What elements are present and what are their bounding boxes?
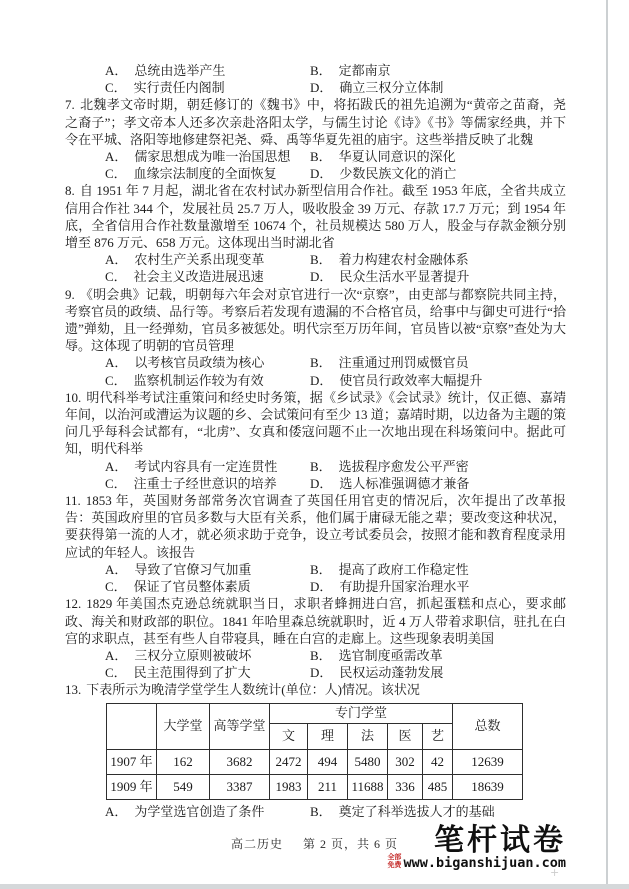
cell-law: 5480 bbox=[348, 749, 388, 774]
footer-course-label: 高二历史 bbox=[231, 837, 283, 851]
subheader-law: 法 bbox=[348, 723, 388, 749]
cell-arts: 485 bbox=[423, 774, 453, 799]
option-q10-b: B． 选拔程序愈发公平严密 bbox=[310, 458, 566, 475]
option-letter: B． bbox=[310, 458, 332, 475]
option-text: 使官员行政效率大幅提升 bbox=[339, 372, 482, 389]
question-10-options-cd: C． 注重士子经世意识的培养 D． 选人标准强调德才兼备 bbox=[65, 475, 566, 492]
option-letter: C． bbox=[105, 578, 127, 595]
option-letter: D． bbox=[310, 578, 332, 595]
option-q8-a: A． 农村生产关系出现变革 bbox=[105, 251, 310, 268]
option-text: 考试内容具有一定连贯性 bbox=[134, 458, 277, 475]
question-11-text: 11.1853 年，英国财务部常务次官调查了英国任用官吏的情况后，次年提出了改革… bbox=[65, 492, 566, 561]
cell-liberal-arts: 2472 bbox=[270, 749, 308, 774]
cell-arts: 42 bbox=[423, 749, 453, 774]
option-text: 三权分立原则被破坏 bbox=[134, 647, 251, 664]
question-12-options-ab: A． 三权分立原则被破坏 B． 选官制度亟需改革 bbox=[65, 647, 566, 664]
option-letter: D． bbox=[310, 79, 332, 96]
table-row-1907: 1907 年 162 3682 2472 494 5480 302 42 126… bbox=[107, 749, 523, 774]
question-8-options-ab: A． 农村生产关系出现变革 B． 着力构建农村金融体系 bbox=[65, 251, 566, 268]
option-text: 实行责任内阁制 bbox=[134, 79, 225, 96]
option-letter: D． bbox=[310, 268, 332, 285]
option-letter: C． bbox=[105, 268, 127, 285]
option-q13-a: A． 为学堂选官创造了条件 bbox=[105, 803, 310, 820]
option-text: 以考核官员政绩为核心 bbox=[134, 354, 264, 371]
option-q10-d: D． 选人标准强调德才兼备 bbox=[310, 475, 566, 492]
question-10-options-ab: A． 考试内容具有一定连贯性 B． 选拔程序愈发公平严密 bbox=[65, 458, 566, 475]
option-text: 血缘宗法制度的全面恢复 bbox=[134, 165, 277, 182]
cell-science: 494 bbox=[308, 749, 348, 774]
option-letter: A． bbox=[105, 647, 127, 664]
question-11-options-cd: C． 保证了官员整体素质 D． 有助提升国家治理水平 bbox=[65, 578, 566, 595]
option-q8-c: C． 社会主义改造进展迅速 bbox=[105, 268, 310, 285]
question-8-options-cd: C． 社会主义改造进展迅速 D． 民众生活水平显著提升 bbox=[65, 268, 566, 285]
option-text: 儒家思想成为唯一治国思想 bbox=[134, 148, 290, 165]
cell-university: 549 bbox=[157, 774, 210, 799]
question-number: 11. bbox=[65, 493, 81, 508]
option-text: 选拔程序愈发公平严密 bbox=[339, 458, 469, 475]
option-q12-b: B． 选官制度亟需改革 bbox=[310, 647, 566, 664]
option-text: 确立三权分立体制 bbox=[339, 79, 443, 96]
question-7-options-ab: A． 儒家思想成为唯一治国思想 B． 华夏认同意识的深化 bbox=[65, 148, 566, 165]
option-q9-b: B． 注重通过刑罚威慑官员 bbox=[310, 354, 566, 371]
question-body: 北魏孝文帝时期，朝廷修订的《魏书》中，将拓跋氏的祖先追溯为“黄帝之苗裔，尧之裔子… bbox=[65, 97, 566, 146]
footer-page-number: 第 2 页，共 6 页 bbox=[303, 837, 398, 851]
option-q8-d: D． 民众生活水平显著提升 bbox=[310, 268, 566, 285]
question-9-options-cd: C． 监察机制运作较为有效 D． 使官员行政效率大幅提升 bbox=[65, 372, 566, 389]
header-specialized-schools-group: 专门学堂 bbox=[270, 703, 453, 723]
option-q8-b: B． 着力构建农村金融体系 bbox=[310, 251, 566, 268]
option-text: 保证了官员整体素质 bbox=[134, 578, 251, 595]
subheader-liberal-arts: 文 bbox=[270, 723, 308, 749]
option-letter: A． bbox=[105, 251, 127, 268]
option-letter: B． bbox=[310, 647, 332, 664]
header-university-hall: 大学堂 bbox=[157, 703, 210, 749]
subheader-medicine: 医 bbox=[388, 723, 423, 749]
option-q7-d: D． 少数民族文化的消亡 bbox=[310, 165, 566, 182]
option-text: 选人标准强调德才兼备 bbox=[339, 475, 469, 492]
option-text: 提高了政府工作稳定性 bbox=[339, 561, 469, 578]
question-number: 8. bbox=[65, 183, 75, 198]
option-text: 定都南京 bbox=[339, 62, 391, 79]
option-letter: C． bbox=[105, 372, 127, 389]
option-letter: A． bbox=[105, 803, 127, 820]
cell-medicine: 302 bbox=[388, 749, 423, 774]
option-q10-c: C． 注重士子经世意识的培养 bbox=[105, 475, 310, 492]
option-text: 民权运动蓬勃发展 bbox=[339, 664, 443, 681]
scan-corner-mark: + bbox=[550, 866, 559, 879]
option-letter: A． bbox=[105, 458, 127, 475]
option-letter: B． bbox=[310, 148, 332, 165]
option-text: 有助提升国家治理水平 bbox=[339, 578, 469, 595]
question-7-options-cd: C． 血缘宗法制度的全面恢复 D． 少数民族文化的消亡 bbox=[65, 165, 566, 182]
option-q7-b: B． 华夏认同意识的深化 bbox=[310, 148, 566, 165]
option-letter: B． bbox=[310, 561, 332, 578]
question-body: 《明会典》记载，明朝每六年会对京官进行一次“京察”，由吏部与都察院共同主持，考察… bbox=[65, 287, 566, 354]
cell-year: 1907 年 bbox=[107, 749, 157, 774]
question-13-options-ab: A． 为学堂选官创造了条件 B． 奠定了科举选拔人才的基础 bbox=[65, 803, 566, 820]
question-13-text: 13.下表所示为晚清学堂学生人数统计(单位：人)情况。该状况 bbox=[65, 681, 566, 698]
option-q12-d: D． 民权运动蓬勃发展 bbox=[310, 664, 566, 681]
question-11-options-ab: A． 导致了官僚习气加重 B． 提高了政府工作稳定性 bbox=[65, 561, 566, 578]
option-text: 奠定了科举选拔人才的基础 bbox=[339, 803, 495, 820]
option-q13-b: B． 奠定了科举选拔人才的基础 bbox=[310, 803, 566, 820]
option-q11-b: B． 提高了政府工作稳定性 bbox=[310, 561, 566, 578]
question-body: 1853 年，英国财务部常务次官调查了英国任用官吏的情况后，次年提出了改革报告：… bbox=[65, 493, 566, 560]
option-letter: A． bbox=[105, 148, 127, 165]
cell-total: 12639 bbox=[453, 749, 523, 774]
question-number: 10. bbox=[65, 390, 81, 405]
option-letter: A． bbox=[105, 354, 127, 371]
option-q11-c: C． 保证了官员整体素质 bbox=[105, 578, 310, 595]
cell-higher: 3682 bbox=[210, 749, 270, 774]
cell-science: 211 bbox=[308, 774, 348, 799]
cell-higher: 3387 bbox=[210, 774, 270, 799]
option-letter: C． bbox=[105, 79, 127, 96]
question-body: 明代科举考试注重策问和经史时务策，据《乡试录》《会试录》统计，仅正德、嘉靖年间，… bbox=[65, 390, 566, 457]
option-letter: D． bbox=[310, 664, 332, 681]
option-q6-d: D． 确立三权分立体制 bbox=[310, 79, 566, 96]
cell-law: 11688 bbox=[348, 774, 388, 799]
option-text: 导致了官僚习气加重 bbox=[134, 561, 251, 578]
question-6-options-ab: A． 总统由选举产生 B． 定都南京 bbox=[65, 62, 566, 79]
option-letter: D． bbox=[310, 372, 332, 389]
question-number: 9. bbox=[65, 287, 75, 302]
cell-university: 162 bbox=[157, 749, 210, 774]
cell-liberal-arts: 1983 bbox=[270, 774, 308, 799]
question-12-options-cd: C． 民主范围得到了扩大 D． 民权运动蓬勃发展 bbox=[65, 664, 566, 681]
option-letter: D． bbox=[310, 165, 332, 182]
question-number: 12. bbox=[65, 596, 81, 611]
header-total: 总数 bbox=[453, 703, 523, 749]
cell-medicine: 336 bbox=[388, 774, 423, 799]
option-text: 农村生产关系出现变革 bbox=[134, 251, 264, 268]
option-text: 社会主义改造进展迅速 bbox=[134, 268, 264, 285]
option-q11-a: A． 导致了官僚习气加重 bbox=[105, 561, 310, 578]
subheader-arts: 艺 bbox=[423, 723, 453, 749]
option-letter: C． bbox=[105, 664, 127, 681]
option-text: 选官制度亟需改革 bbox=[339, 647, 443, 664]
option-letter: C． bbox=[105, 165, 127, 182]
option-letter: C． bbox=[105, 475, 127, 492]
question-9-options-ab: A． 以考核官员政绩为核心 B． 注重通过刑罚威慑官员 bbox=[65, 354, 566, 371]
option-q7-c: C． 血缘宗法制度的全面恢复 bbox=[105, 165, 310, 182]
student-statistics-table: 大学堂 高等学堂 专门学堂 总数 文 理 法 医 艺 1907 年 162 36… bbox=[106, 703, 523, 800]
brand-url-row: 全部免费 www.biganshijuan.com bbox=[386, 854, 566, 871]
subheader-science: 理 bbox=[308, 723, 348, 749]
table-corner-cell bbox=[107, 703, 157, 749]
option-q9-a: A． 以考核官员政绩为核心 bbox=[105, 354, 310, 371]
page-bottom-edge bbox=[0, 884, 629, 889]
option-text: 华夏认同意识的深化 bbox=[339, 148, 456, 165]
option-text: 总统由选举产生 bbox=[134, 62, 225, 79]
option-q12-a: A． 三权分立原则被破坏 bbox=[105, 647, 310, 664]
question-body: 下表所示为晚清学堂学生人数统计(单位：人)情况。该状况 bbox=[86, 682, 420, 697]
option-q6-c: C． 实行责任内阁制 bbox=[105, 79, 310, 96]
option-letter: B． bbox=[310, 251, 332, 268]
exam-page: { "letters": { "a": "A．", "b": "B．", "c"… bbox=[0, 0, 629, 889]
option-text: 监察机制运作较为有效 bbox=[134, 372, 264, 389]
option-text: 着力构建农村金融体系 bbox=[339, 251, 469, 268]
option-q11-d: D． 有助提升国家治理水平 bbox=[310, 578, 566, 595]
option-text: 民主范围得到了扩大 bbox=[134, 664, 251, 681]
option-text: 民众生活水平显著提升 bbox=[339, 268, 469, 285]
page-right-edge bbox=[606, 0, 608, 889]
question-7-text: 7.北魏孝文帝时期，朝廷修订的《魏书》中，将拓跋氏的祖先追溯为“黄帝之苗裔，尧之… bbox=[65, 96, 566, 148]
question-12-text: 12.1829 年美国杰克逊总统就职当日，求职者蜂拥进白宫，抓起蛋糕和点心，要求… bbox=[65, 595, 566, 647]
question-10-text: 10.明代科举考试注重策问和经史时务策，据《乡试录》《会试录》统计，仅正德、嘉靖… bbox=[65, 389, 566, 458]
exam-content: A． 总统由选举产生 B． 定都南京 C． 实行责任内阁制 D． 确立三权分立体… bbox=[65, 62, 566, 820]
cell-year: 1909 年 bbox=[107, 774, 157, 799]
table-row-1909: 1909 年 549 3387 1983 211 11688 336 485 1… bbox=[107, 774, 523, 799]
option-letter: B． bbox=[310, 354, 332, 371]
brand-logo-text: 笔杆试卷 bbox=[386, 825, 566, 857]
option-text: 注重通过刑罚威慑官员 bbox=[339, 354, 469, 371]
question-8-text: 8.自 1951 年 7 月起，湖北省在农村试办新型信用合作社。截至 1953 … bbox=[65, 182, 566, 251]
header-higher-school: 高等学堂 bbox=[210, 703, 270, 749]
option-letter: B． bbox=[310, 803, 332, 820]
option-letter: B． bbox=[310, 62, 332, 79]
question-number: 7. bbox=[65, 97, 75, 112]
watermark-brand: 笔杆试卷 全部免费 www.biganshijuan.com bbox=[386, 825, 566, 871]
option-letter: A． bbox=[105, 561, 127, 578]
option-text: 为学堂选官创造了条件 bbox=[134, 803, 264, 820]
option-text: 注重士子经世意识的培养 bbox=[134, 475, 277, 492]
option-q9-d: D． 使官员行政效率大幅提升 bbox=[310, 372, 566, 389]
question-body: 1829 年美国杰克逊总统就职当日，求职者蜂拥进白宫，抓起蛋糕和点心，要求邮政、… bbox=[65, 596, 566, 645]
question-body: 自 1951 年 7 月起，湖北省在农村试办新型信用合作社。截至 1953 年底… bbox=[65, 183, 566, 250]
option-letter: D． bbox=[310, 475, 332, 492]
brand-url: www.biganshijuan.com bbox=[403, 856, 566, 871]
option-q6-a: A． 总统由选举产生 bbox=[105, 62, 310, 79]
option-q7-a: A． 儒家思想成为唯一治国思想 bbox=[105, 148, 310, 165]
option-letter: A． bbox=[105, 62, 127, 79]
option-q6-b: B． 定都南京 bbox=[310, 62, 566, 79]
question-6-options-cd: C． 实行责任内阁制 D． 确立三权分立体制 bbox=[65, 79, 566, 96]
option-q9-c: C． 监察机制运作较为有效 bbox=[105, 372, 310, 389]
brand-free-badge: 全部免费 bbox=[386, 854, 402, 869]
cell-total: 18639 bbox=[453, 774, 523, 799]
option-q12-c: C． 民主范围得到了扩大 bbox=[105, 664, 310, 681]
question-9-text: 9.《明会典》记载，明朝每六年会对京官进行一次“京察”，由吏部与都察院共同主持，… bbox=[65, 286, 566, 355]
option-text: 少数民族文化的消亡 bbox=[339, 165, 456, 182]
question-number: 13. bbox=[65, 682, 81, 697]
option-q10-a: A． 考试内容具有一定连贯性 bbox=[105, 458, 310, 475]
